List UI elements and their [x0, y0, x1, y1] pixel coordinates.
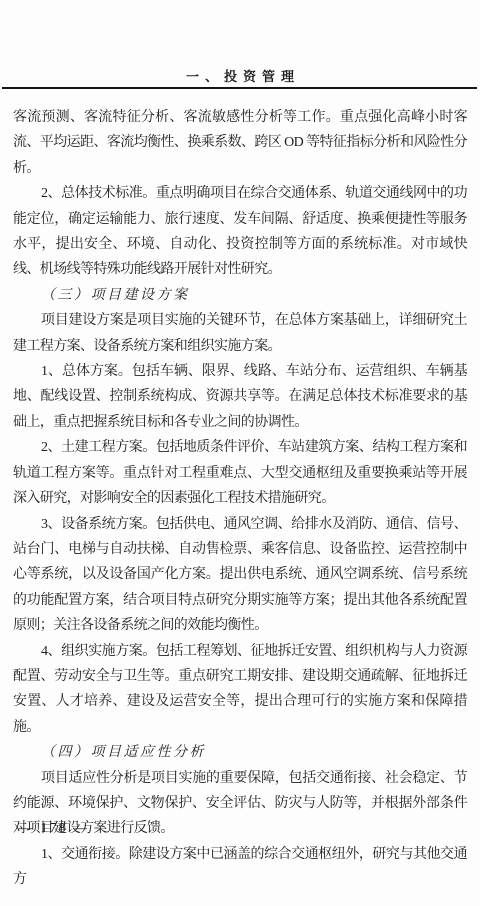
document-page: 一、投资管理 客流预测、客流特征分析、客流敏感性分析等工作。重点强化高峰小时客流…	[0, 0, 480, 906]
paragraph-continuation: 客流预测、客流特征分析、客流敏感性分析等工作。重点强化高峰小时客流、平均运距、客…	[13, 105, 467, 181]
page-body: 客流预测、客流特征分析、客流敏感性分析等工作。重点强化高峰小时客流、平均运距、客…	[13, 105, 467, 893]
paragraph-item-1-traffic-connection: 1、交通衔接。除建设方案中已涵盖的综合交通枢纽外，研究与其他交通方	[13, 842, 467, 893]
paragraph-item-2-technical-standards: 2、总体技术标准。重点明确项目在综合交通体系、轨道交通线网中的功能定位，确定运输…	[13, 181, 467, 283]
paragraph-section-3-intro: 项目建设方案是项目实施的关键环节，在总体方案基础上，详细研究土建工程方案、设备系…	[13, 308, 467, 359]
paragraph-item-2-civil-engineering: 2、土建工程方案。包括地质条件评价、车站建筑方案、结构工程方案和轨道工程方案等。…	[13, 435, 467, 511]
paragraph-item-4-implementation: 4、组织实施方案。包括工程筹划、征地拆迁安置、组织机构与人力资源配置、劳动安全与…	[13, 639, 467, 741]
subheading-section-3: （三）项目建设方案	[13, 283, 467, 308]
running-header-title: 一、投资管理	[0, 66, 480, 85]
subheading-section-4: （四）项目适应性分析	[13, 740, 467, 765]
paragraph-item-3-equipment-systems: 3、设备系统方案。包括供电、通风空调、给排水及消防、通信、信号、站台门、电梯与自…	[13, 512, 467, 639]
page-number: — 178 —	[19, 821, 89, 837]
paragraph-item-1-overall-plan: 1、总体方案。包括车辆、限界、线路、车站分布、运营组织、车辆基地、配线设置、控制…	[13, 359, 467, 435]
header-rule	[2, 87, 477, 89]
